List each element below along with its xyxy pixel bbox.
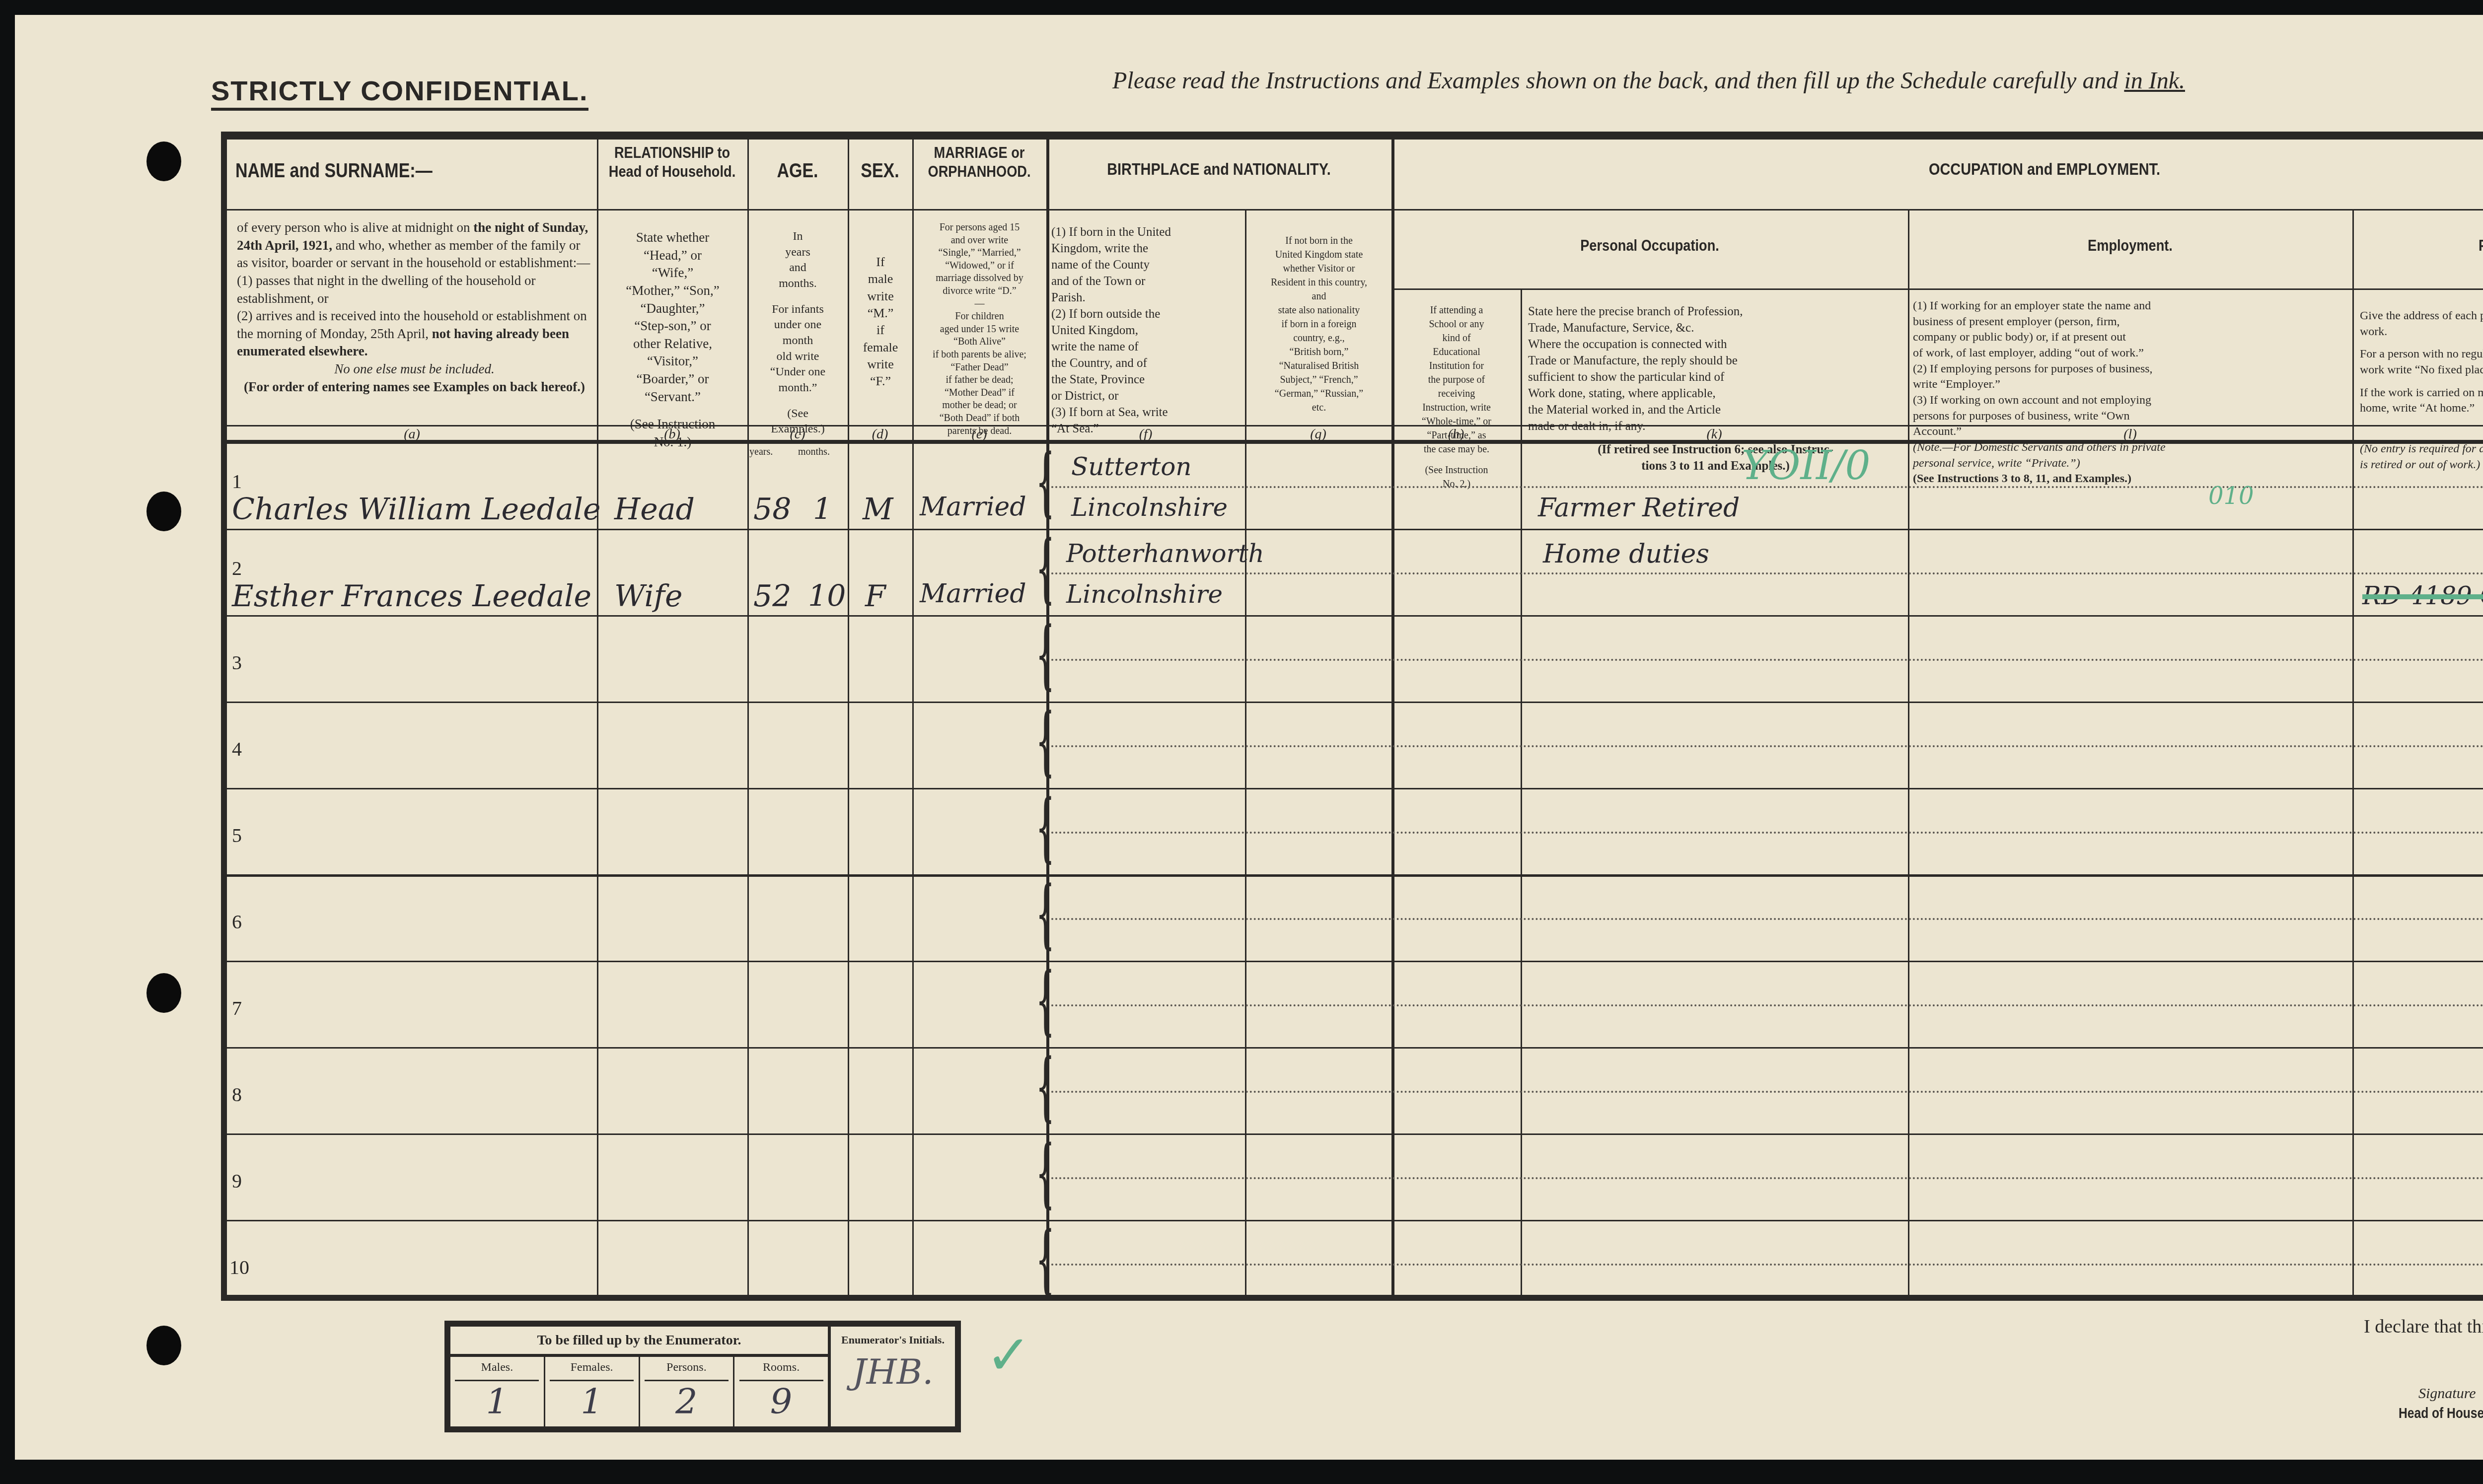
person-birthplace-county[interactable]: Lincolnshire (1066, 580, 1223, 609)
page-title: STRICTLY CONFIDENTIAL. (211, 74, 588, 111)
brace-icon: { (1036, 1222, 1055, 1297)
col-letter: (f) (1046, 426, 1245, 442)
row-dotted-rule (1051, 745, 2483, 747)
person-relationship[interactable]: Head (614, 492, 695, 527)
col-l-description: (1) If working for an employer state the… (1913, 298, 2350, 487)
person-age-months[interactable]: 1 (813, 492, 832, 527)
row-rule (227, 874, 2483, 877)
row-number: 5 (232, 824, 242, 847)
occupation-code: YOII/0 (1742, 442, 1870, 489)
col-letter: (g) (1245, 426, 1391, 442)
person-sex[interactable]: F (865, 579, 886, 614)
persons-label: Persons. (645, 1357, 729, 1381)
col-k-title: Personal Occupation. (1430, 236, 1869, 255)
occupation-group-title: OCCUPATION and EMPLOYMENT. (1489, 159, 2483, 179)
person-marriage[interactable]: Married (920, 579, 1026, 609)
signatory-role: Head of Household, Manager of Establishm… (2399, 1405, 2483, 1422)
header-rule (227, 209, 2483, 211)
punch-hole-icon (146, 1326, 181, 1365)
col-f-description: (1) If born in the UnitedKingdom, write … (1051, 224, 1242, 437)
person-relationship[interactable]: Wife (614, 579, 683, 614)
males-label: Males. (455, 1357, 539, 1381)
enumerator-summary-heading: To be filled up by the Enumerator. (450, 1327, 828, 1357)
row-dotted-rule (1051, 1004, 2483, 1006)
col-b-description: State whether“Head,” or“Wife,”“Mother,” … (599, 229, 746, 451)
row-number: 4 (232, 737, 242, 761)
rooms-label: Rooms. (739, 1357, 823, 1381)
enumerator-initials-value[interactable]: JHB. (853, 1346, 934, 1392)
row-dotted-rule (1051, 1177, 2483, 1179)
fill-instructions: Please read the Instructions and Example… (1112, 67, 2185, 94)
punch-hole-icon (146, 492, 181, 531)
enumerator-summary-box: To be filled up by the Enumerator. Males… (444, 1321, 961, 1432)
brace-icon: { (1036, 704, 1055, 778)
row-number: 1 (232, 470, 242, 493)
person-name[interactable]: Charles William Leedale (232, 492, 600, 527)
row-number: 9 (232, 1169, 242, 1193)
person-occupation[interactable]: Home duties (1543, 539, 1709, 569)
col-divider (1245, 209, 1246, 1295)
check-mark-icon: ✓ (986, 1323, 1031, 1387)
col-divider (597, 140, 598, 1295)
age-years-label: years. (749, 446, 773, 458)
col-d-title: SEX. (853, 159, 908, 183)
col-e-description: For persons aged 15and over write“Single… (914, 221, 1045, 437)
col-m-description: Give the address of each person's place … (2360, 308, 2483, 473)
col-letter: (m) (2352, 426, 2483, 442)
row-number: 2 (232, 557, 242, 580)
col-divider (2352, 209, 2354, 1295)
males-value[interactable]: 1 (486, 1381, 509, 1422)
brace-icon: { (1036, 790, 1055, 865)
rooms-value[interactable]: 9 (770, 1381, 793, 1422)
col-letter: (k) (1521, 426, 1908, 442)
person-occupation[interactable]: Farmer Retired (1538, 493, 1740, 523)
declaration-text: I declare that this Schedule is correctl… (2364, 1316, 2483, 1338)
row-dotted-rule (1051, 1091, 2483, 1093)
row-rule (227, 615, 2483, 617)
person-birthplace-town[interactable]: Sutterton (1071, 452, 1192, 481)
row-dotted-rule (1051, 572, 2483, 574)
persons-value[interactable]: 2 (675, 1381, 698, 1422)
person-name[interactable]: Esther Frances Leedale (232, 579, 591, 614)
age-months-label: months. (798, 446, 830, 458)
row-dotted-rule (1051, 832, 2483, 834)
row-number: 7 (232, 996, 242, 1020)
col-letter: (e) (912, 426, 1046, 442)
col-c-title: AGE. (755, 159, 840, 183)
col-divider (1908, 209, 1909, 1295)
person-age-months[interactable]: 10 (808, 579, 846, 614)
person-place-of-work[interactable]: RD 4189 CP 16 (2362, 581, 2483, 610)
punch-hole-icon (146, 141, 181, 181)
header-rule (1391, 288, 2483, 290)
row-dotted-rule (1051, 1264, 2483, 1266)
person-marriage[interactable]: Married (920, 492, 1026, 522)
brace-icon: { (1036, 1050, 1055, 1124)
col-d-description: Ifmalewrite“M.”iffemalewrite“F.” (850, 254, 911, 390)
employment-code: 010 (2208, 482, 2254, 510)
birthplace-group-title: BIRTHPLACE and NATIONALITY. (1072, 159, 1366, 179)
row-rule (227, 961, 2483, 962)
row-rule (227, 529, 2483, 530)
row-number: 6 (232, 910, 242, 933)
punch-hole-icon (146, 973, 181, 1013)
row-number: 8 (232, 1083, 242, 1106)
col-a-description: of every person who is alive at midnight… (237, 219, 592, 396)
row-rule (227, 702, 2483, 703)
household-table: NAME and SURNAME:— RELATIONSHIP to Head … (221, 132, 2483, 1301)
col-e-title: MARRIAGE or ORPHANHOOD. (922, 143, 1036, 181)
col-l-title: Employment. (1941, 236, 2319, 255)
brace-icon: { (1036, 877, 1055, 951)
row-number: 3 (232, 651, 242, 674)
row-number: 10 (229, 1256, 249, 1279)
col-a-title: NAME and SURNAME:— (227, 159, 550, 183)
col-b-title: RELATIONSHIP to Head of Household. (608, 143, 736, 181)
row-rule (227, 1133, 2483, 1135)
enumerator-initials-label: Enumerator's Initials. (841, 1327, 945, 1346)
brace-icon: { (1036, 531, 1055, 606)
females-value[interactable]: 1 (581, 1381, 603, 1422)
col-divider (747, 140, 749, 1295)
females-label: Females. (550, 1357, 634, 1381)
col-letter: (c) (747, 426, 848, 442)
col-letter: (a) (227, 426, 597, 442)
row-rule (227, 1047, 2483, 1049)
row-dotted-rule (1051, 659, 2483, 661)
brace-icon: { (1036, 1136, 1055, 1210)
col-divider (848, 140, 849, 1295)
col-letter: (d) (848, 426, 912, 442)
brace-icon: { (1036, 963, 1055, 1038)
brace-icon: { (1036, 445, 1055, 519)
col-letter: (h) (1391, 426, 1521, 442)
row-dotted-rule (1051, 918, 2483, 920)
row-rule (227, 788, 2483, 789)
col-h-description: If attending aSchool or anykind ofEducat… (1394, 303, 1519, 491)
person-birthplace-county[interactable]: Lincolnshire (1071, 493, 1228, 522)
instructions-text: Please read the Instructions and Example… (1112, 68, 2124, 94)
person-age-years[interactable]: 52 (753, 579, 791, 614)
brace-icon: { (1036, 618, 1055, 692)
instructions-ink: in Ink. (2124, 68, 2185, 94)
col-letter: (b) (597, 426, 747, 442)
row-rule (227, 1220, 2483, 1221)
col-m-title: Place of Work. (2378, 236, 2483, 255)
col-c-description: Inyearsandmonths.For infantsunder onemon… (749, 229, 846, 437)
person-age-years[interactable]: 58 (753, 492, 791, 527)
col-letter: (l) (1908, 426, 2352, 442)
col-g-description: If not born in theUnited Kingdom statewh… (1247, 234, 1390, 415)
person-birthplace-town[interactable]: Potterhanworth (1066, 539, 1264, 568)
person-sex[interactable]: M (863, 492, 893, 527)
signature-label: Signature (2418, 1385, 2476, 1402)
